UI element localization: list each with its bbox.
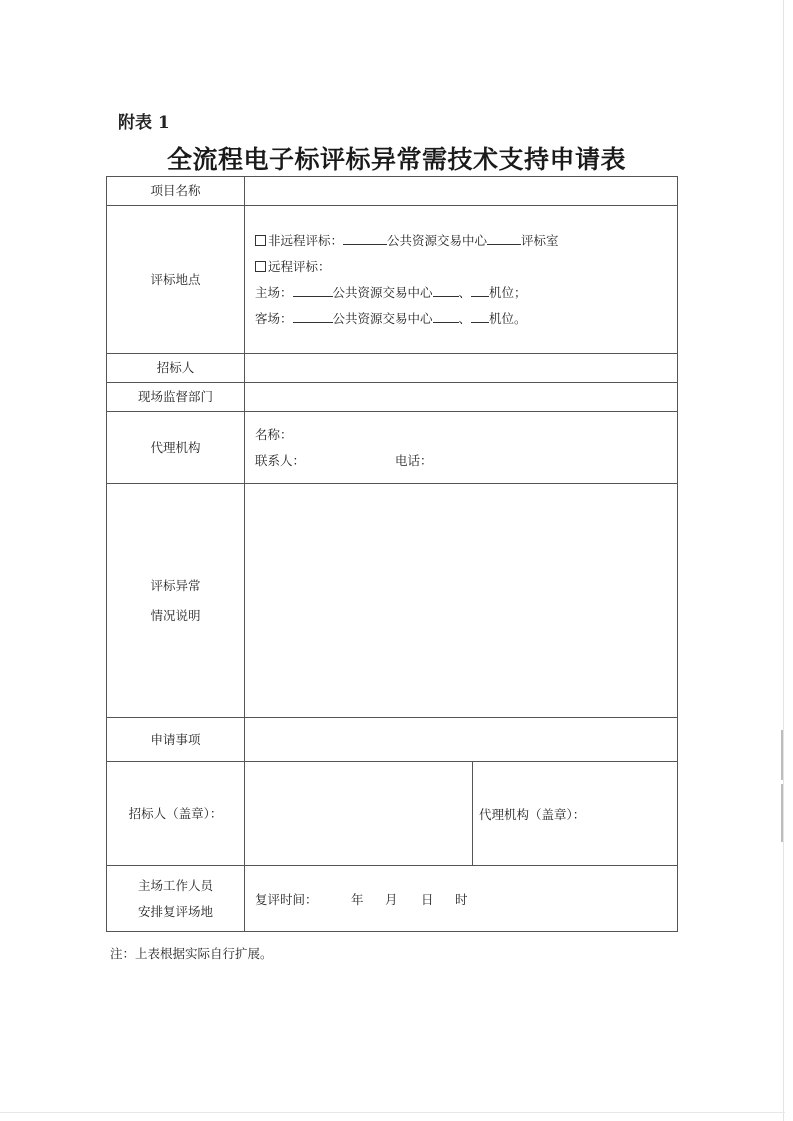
exception-label: 评标异常 情况说明: [107, 484, 245, 718]
row-location: 评标地点 非远程评标：公共资源交易中心评标室 远程评标： 主场：公共资源交易中心…: [107, 206, 678, 354]
main-city-blank[interactable]: [293, 282, 333, 297]
agency-label: 代理机构: [107, 412, 245, 484]
supervision-field[interactable]: [245, 383, 678, 412]
city-blank[interactable]: [343, 230, 387, 245]
contact-label[interactable]: 联系人：: [255, 448, 395, 474]
room-blank[interactable]: [487, 230, 521, 245]
month-label: 月: [385, 890, 421, 908]
scan-mark: [781, 784, 783, 842]
remote-option: 远程评标：: [255, 254, 677, 280]
project-name-label: 项目名称: [107, 177, 245, 206]
row-tenderer: 招标人: [107, 354, 678, 383]
row-request: 申请事项: [107, 718, 678, 762]
hour-label: 时: [455, 890, 468, 908]
non-remote-checkbox[interactable]: [255, 235, 266, 246]
review-label: 主场工作人员 安排复评场地: [107, 866, 245, 932]
main-site-line: 主场：公共资源交易中心、机位；: [255, 280, 677, 306]
row-exception: 评标异常 情况说明: [107, 484, 678, 718]
review-time-label: 复评时间：: [255, 890, 351, 908]
page-edge-bottom: [0, 1112, 785, 1113]
review-time-field[interactable]: 复评时间：年月日时: [245, 866, 678, 932]
day-label: 日: [421, 890, 455, 908]
project-name-field[interactable]: [245, 177, 678, 206]
phone-label[interactable]: 电话：: [395, 453, 433, 468]
tenderer-seal-label: 招标人（盖章）：: [107, 762, 245, 866]
guest-seat-blank-2[interactable]: [471, 308, 489, 323]
request-label: 申请事项: [107, 718, 245, 762]
row-supervision: 现场监督部门: [107, 383, 678, 412]
supervision-label: 现场监督部门: [107, 383, 245, 412]
form-title: 全流程电子标评标异常需技术支持申请表: [0, 140, 793, 176]
request-field[interactable]: [245, 718, 678, 762]
row-project-name: 项目名称: [107, 177, 678, 206]
row-review: 主场工作人员 安排复评场地 复评时间：年月日时: [107, 866, 678, 932]
tenderer-label: 招标人: [107, 354, 245, 383]
guest-city-blank[interactable]: [293, 308, 333, 323]
guest-site-line: 客场：公共资源交易中心、机位。: [255, 306, 677, 332]
row-signatures: 招标人（盖章）： 代理机构（盖章）：: [107, 762, 678, 866]
tenderer-field[interactable]: [245, 354, 678, 383]
agency-seal-label: 代理机构（盖章）：: [479, 807, 585, 822]
scan-mark: [781, 730, 783, 780]
remote-checkbox[interactable]: [255, 261, 266, 272]
tenderer-seal-area[interactable]: [245, 762, 473, 866]
main-seat-blank-1[interactable]: [433, 282, 459, 297]
location-field: 非远程评标：公共资源交易中心评标室 远程评标： 主场：公共资源交易中心、机位； …: [245, 206, 678, 354]
year-label: 年: [351, 890, 385, 908]
guest-seat-blank-1[interactable]: [433, 308, 459, 323]
non-remote-option: 非远程评标：公共资源交易中心评标室: [255, 228, 677, 254]
row-agency: 代理机构 名称： 联系人：电话：: [107, 412, 678, 484]
location-label: 评标地点: [107, 206, 245, 354]
exception-description-field[interactable]: [245, 484, 678, 718]
agency-name-line[interactable]: 名称：: [255, 422, 677, 448]
agency-field: 名称： 联系人：电话：: [245, 412, 678, 484]
appendix-label: 附表 1: [118, 108, 170, 133]
application-form-table: 项目名称 评标地点 非远程评标：公共资源交易中心评标室 远程评标： 主场：公共资…: [106, 176, 678, 932]
footnote: 注：上表根据实际自行扩展。: [110, 944, 273, 962]
agency-contact-line: 联系人：电话：: [255, 448, 677, 474]
agency-seal-area[interactable]: 代理机构（盖章）：: [473, 762, 678, 866]
main-seat-blank-2[interactable]: [471, 282, 489, 297]
